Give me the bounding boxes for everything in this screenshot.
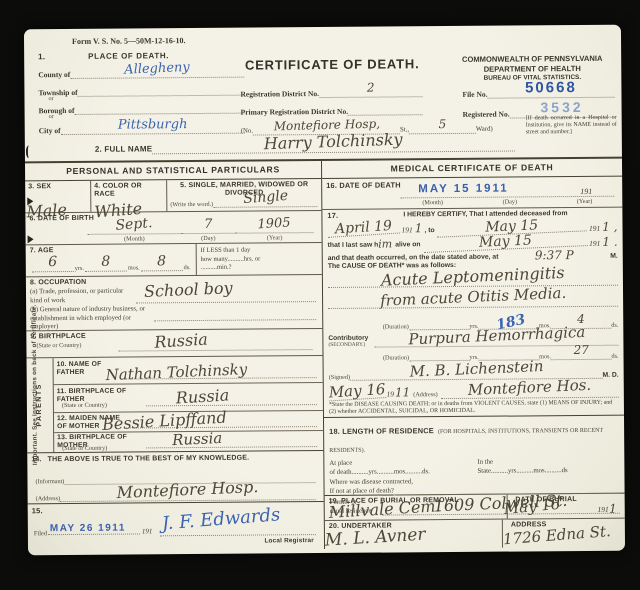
burial-place-cell: 19. PLACE OF BURIAL OR REMOVAL Millvale … bbox=[325, 495, 508, 520]
duration2-ds-cap: ds. bbox=[611, 353, 618, 360]
burial-row: 19. PLACE OF BURIAL OR REMOVAL Millvale … bbox=[325, 494, 625, 521]
in-state-2: State..........yrs..........mos.........… bbox=[477, 466, 619, 476]
race-cell: 4. COLOR OR RACE White bbox=[91, 180, 167, 211]
death-certificate-scan: Form V. S. No. 5—50M-12-16-10. 1. PLACE … bbox=[24, 25, 625, 556]
registration-district-row: Registration District No. 2 bbox=[240, 83, 422, 98]
birthplace-sub: (State or Country) bbox=[36, 342, 81, 349]
date-of-birth-row: 6. DATE OF BIRTH Sept. 7 1905 (Month) (D… bbox=[25, 211, 321, 246]
item15-number: 15. bbox=[32, 507, 43, 516]
alive-on-year: 1 . bbox=[602, 236, 617, 248]
father-birthplace-sub: (State or Country) bbox=[62, 401, 107, 408]
department-line: DEPARTMENT OF HEALTH bbox=[448, 64, 616, 74]
burial-date-value: May 16 bbox=[503, 497, 561, 517]
arrow-mark-icon bbox=[27, 197, 33, 205]
date-of-death-stamp: MAY 15 1911 bbox=[418, 182, 509, 195]
father-name-value: Nathan Tolchinsky bbox=[105, 362, 247, 383]
commonwealth-line: COMMONWEALTH OF PENNSYLVANIA bbox=[448, 54, 616, 64]
parents-block: PARENTS 10. NAME OF FATHER Nathan Tolchi… bbox=[27, 356, 324, 453]
at-place-2: of death..........yrs..........mos......… bbox=[329, 467, 471, 477]
cause-line-2: from acute Otitis Media. bbox=[328, 288, 618, 309]
mother-birthplace-sub: (State or Country) bbox=[62, 444, 107, 451]
cause-footnote: *State the DISEASE CAUSING DEATH; or in … bbox=[329, 400, 619, 417]
registration-district-value: 2 bbox=[367, 82, 375, 94]
occupation-row: 8. OCCUPATION (a) Trade, profession, or … bbox=[26, 275, 322, 331]
burial-year-value: 1 bbox=[609, 502, 617, 514]
filed-year-suffix: 191 bbox=[142, 528, 153, 536]
dob-label: 6. DATE OF BIRTH bbox=[29, 214, 94, 223]
personal-section-title: PERSONAL AND STATISTICAL PARTICULARS bbox=[25, 161, 321, 181]
signed-date-value: May 16 bbox=[328, 382, 386, 401]
alive-on-label: alive on bbox=[395, 241, 420, 248]
informant-address-value: Montefiore Hosp. bbox=[117, 479, 259, 501]
medical-column: MEDICAL CERTIFICATE OF DEATH 16. DATE OF… bbox=[322, 159, 625, 549]
mother-birthplace-row: 13. BIRTHPLACE OF MOTHER (State or Count… bbox=[54, 431, 323, 452]
mother-birthplace-value: Russia bbox=[172, 431, 223, 448]
cause-value-2: from acute Otitis Media. bbox=[380, 286, 567, 309]
personal-column: PERSONAL AND STATISTICAL PARTICULARS 3. … bbox=[25, 161, 325, 551]
duration1-ds-cap: ds. bbox=[611, 322, 618, 329]
informant-row: 14. THE ABOVE IS TRUE TO THE BEST OF MY … bbox=[27, 451, 323, 505]
date-of-death-label: 16. DATE OF DEATH bbox=[326, 181, 401, 190]
last-saw-fill: im bbox=[378, 238, 392, 249]
undertaker-row: 20. UNDERTAKER M. L. Avner ADDRESS 1726 … bbox=[325, 518, 625, 549]
dob-month-caption: (Month) bbox=[88, 236, 182, 244]
contributory-duration-ds-value: 27 bbox=[573, 344, 588, 356]
burial-year-suffix: 191 bbox=[597, 504, 608, 513]
signed-date-year: 11 bbox=[395, 386, 410, 398]
burial-value: Millvale Cem. bbox=[328, 498, 441, 521]
form-number: Form V. S. No. 5—50M-12-16-10. bbox=[72, 36, 186, 46]
dob-year-caption: (Year) bbox=[236, 235, 314, 243]
marital-value: Single bbox=[242, 188, 288, 205]
death-year-caption: (Year) bbox=[577, 198, 593, 205]
date-of-death-row: 16. DATE OF DEATH MAY 15 1911 191 (Month… bbox=[322, 176, 622, 210]
registered-no-value: 3532 bbox=[540, 99, 583, 115]
father-birthplace-value: Russia bbox=[175, 387, 229, 406]
death-day-caption: (Day) bbox=[503, 199, 517, 206]
signed-address-label: (Address) bbox=[413, 391, 437, 398]
printed-191-a: 191 bbox=[401, 225, 412, 234]
age-cell: 7. AGE 6 yrs. 8 mos. 8 ds. bbox=[26, 244, 196, 276]
age-less-note-cell: If LESS than 1 day how many..........hrs… bbox=[195, 243, 321, 275]
to-label: , to bbox=[424, 227, 434, 234]
full-name-row: 2. FULL NAME Harry Tolchinsky bbox=[95, 132, 515, 155]
certificate-title: CERTIFICATE OF DEATH. bbox=[237, 56, 427, 72]
printed-191-b: 191 bbox=[589, 224, 600, 233]
city-value: Pittsburgh bbox=[118, 118, 188, 132]
county-label: County of bbox=[38, 70, 70, 79]
file-no-label: File No. bbox=[462, 90, 487, 99]
arrow-mark-icon bbox=[28, 235, 34, 243]
burial-date-cell: DATE OF BURIAL May 16 191 1 bbox=[507, 494, 624, 518]
occurred-text: and that death occurred, on the date sta… bbox=[328, 254, 499, 262]
residence-block: 18. LENGTH OF RESIDENCE (FOR HOSPITALS, … bbox=[324, 416, 625, 496]
birthplace-value: Russia bbox=[154, 331, 208, 350]
death-year-suffix: 191 bbox=[580, 187, 592, 196]
occupation-a-value: School boy bbox=[144, 280, 233, 300]
father-name-row: 10. NAME OF FATHER Nathan Tolchinsky bbox=[54, 356, 323, 385]
hospital-note: [If death occurred in a Hospital or Inst… bbox=[526, 115, 617, 137]
age-ds-caption: ds. bbox=[184, 264, 191, 271]
city-row: City of Pittsburgh bbox=[39, 118, 245, 136]
registration-district-label: Registration District No. bbox=[240, 89, 319, 99]
local-registrar-title: Local Registrar bbox=[264, 537, 314, 545]
signed-value: M. B. Lichenstein bbox=[409, 359, 543, 380]
occupation-b-label: (b) General nature of industry business,… bbox=[30, 306, 152, 332]
full-name-label: 2. FULL NAME bbox=[95, 145, 152, 155]
dob-day-value: 7 bbox=[204, 218, 212, 231]
death-time-value: 9:37 P bbox=[498, 249, 610, 262]
margin-instructions-note: Important. See instructions on back of c… bbox=[31, 301, 39, 469]
marital-cell: 5. SINGLE, MARRIED, WIDOWED OR DIVORCED … bbox=[167, 179, 321, 211]
age-mos-value: 8 bbox=[101, 255, 110, 269]
residence-heading: 18. LENGTH OF RESIDENCE (FOR HOSPITALS, … bbox=[329, 419, 619, 457]
age-yrs-caption: yrs. bbox=[75, 265, 84, 272]
city-label: City of bbox=[39, 126, 61, 135]
file-no-value: 50668 bbox=[525, 79, 577, 96]
filed-row: 15. Filed MAY 26 1911 191 J. F. Edwards … bbox=[28, 502, 324, 551]
at-place-cell: At place of death..........yrs..........… bbox=[329, 459, 471, 477]
attended-from-year: 1 bbox=[415, 222, 423, 234]
undertaker-address-cell: ADDRESS 1726 Edna St. bbox=[503, 518, 625, 547]
borough-row: Borough of bbox=[39, 100, 245, 116]
item1-number: 1. bbox=[38, 52, 45, 62]
residence-label: 18. LENGTH OF RESIDENCE bbox=[329, 426, 434, 436]
dob-year-value: 1905 bbox=[258, 217, 292, 232]
dob-month-value: Sept. bbox=[115, 217, 153, 234]
full-name-value: Harry Tolchinsky bbox=[264, 132, 403, 153]
signed-date-address-line: May 16 19 11 (Address) Montefiore Hos. bbox=[329, 379, 619, 400]
age-mos-caption: mos. bbox=[128, 265, 140, 272]
race-label: 4. COLOR OR RACE bbox=[94, 182, 163, 199]
punch-mark-icon bbox=[26, 145, 32, 158]
certificate-body: PERSONAL AND STATISTICAL PARTICULARS 3. … bbox=[25, 157, 625, 552]
county-value: Allegheny bbox=[124, 61, 190, 77]
residence-duration-row: At place of death..........yrs..........… bbox=[329, 458, 619, 477]
township-row: Township of bbox=[38, 82, 244, 98]
undertaker-cell: 20. UNDERTAKER M. L. Avner bbox=[325, 519, 503, 549]
birthplace-label: 9. BIRTHPLACE bbox=[30, 333, 86, 342]
filed-date-stamp: MAY 26 1911 bbox=[50, 523, 126, 535]
meridiem-label: M. bbox=[610, 253, 618, 260]
occupation-a-label: (a) Trade, profession, or particular kin… bbox=[30, 288, 136, 306]
last-saw-text: that I last saw h bbox=[328, 241, 379, 248]
marital-hint: (Write the word.) bbox=[170, 201, 213, 208]
sex-label: 3. SEX bbox=[28, 183, 87, 192]
ward-value: 5 bbox=[439, 118, 447, 130]
age-note-3: ..........min.? bbox=[201, 263, 318, 272]
borough-label: Borough of bbox=[39, 106, 75, 115]
duration-label-1: (Duration) bbox=[383, 323, 409, 330]
in-state-cell: In the State..........yrs..........mos..… bbox=[471, 458, 619, 476]
file-no-row: File No. 50668 bbox=[462, 80, 614, 99]
occupation-label: 8. OCCUPATION bbox=[30, 279, 86, 288]
signed-address-value: Montefiore Hos. bbox=[468, 378, 592, 398]
parents-rows: 10. NAME OF FATHER Nathan Tolchinsky 11.… bbox=[53, 356, 324, 452]
filed-label: Filed bbox=[34, 530, 47, 537]
local-registrar-signature: J. F. Edwards bbox=[161, 507, 281, 534]
dob-day-caption: (Day) bbox=[181, 235, 236, 242]
sex-race-marital-row: 3. SEX Male 4. COLOR OR RACE White 5. SI… bbox=[25, 179, 321, 213]
printed-19: 19 bbox=[386, 389, 394, 398]
county-row: County of Allegheny bbox=[38, 62, 244, 80]
father-birthplace-row: 11. BIRTHPLACE OF FATHER (State or Count… bbox=[54, 383, 323, 413]
sex-cell: 3. SEX Male bbox=[25, 181, 91, 212]
undertaker-value: M. L. Avner bbox=[325, 526, 426, 549]
cause-line-1: Acute Leptomeningitis bbox=[328, 268, 618, 288]
death-month-caption: (Month) bbox=[422, 199, 443, 206]
age-ds-value: 8 bbox=[157, 254, 166, 268]
age-yrs-value: 6 bbox=[48, 255, 57, 269]
township-label: Township of bbox=[38, 88, 77, 97]
registered-no-label: Registered No. bbox=[463, 110, 510, 119]
age-row: 7. AGE 6 yrs. 8 mos. 8 ds. If LESS than … bbox=[26, 243, 322, 277]
medical-section-title: MEDICAL CERTIFICATE OF DEATH bbox=[322, 159, 622, 179]
informant-address-label: (Address) bbox=[36, 495, 60, 502]
birthplace-row: 9. BIRTHPLACE (State or Country) Russia bbox=[26, 329, 322, 358]
commonwealth-block: COMMONWEALTH OF PENNSYLVANIA DEPARTMENT … bbox=[448, 54, 616, 82]
certification-block: 17. I HEREBY CERTIFY, That I attended de… bbox=[322, 208, 624, 418]
printed-191-c: 191 bbox=[589, 239, 600, 248]
attended-to-year: 1 , bbox=[602, 221, 617, 233]
item14-text: THE ABOVE IS TRUE TO THE BEST OF MY KNOW… bbox=[48, 454, 250, 464]
